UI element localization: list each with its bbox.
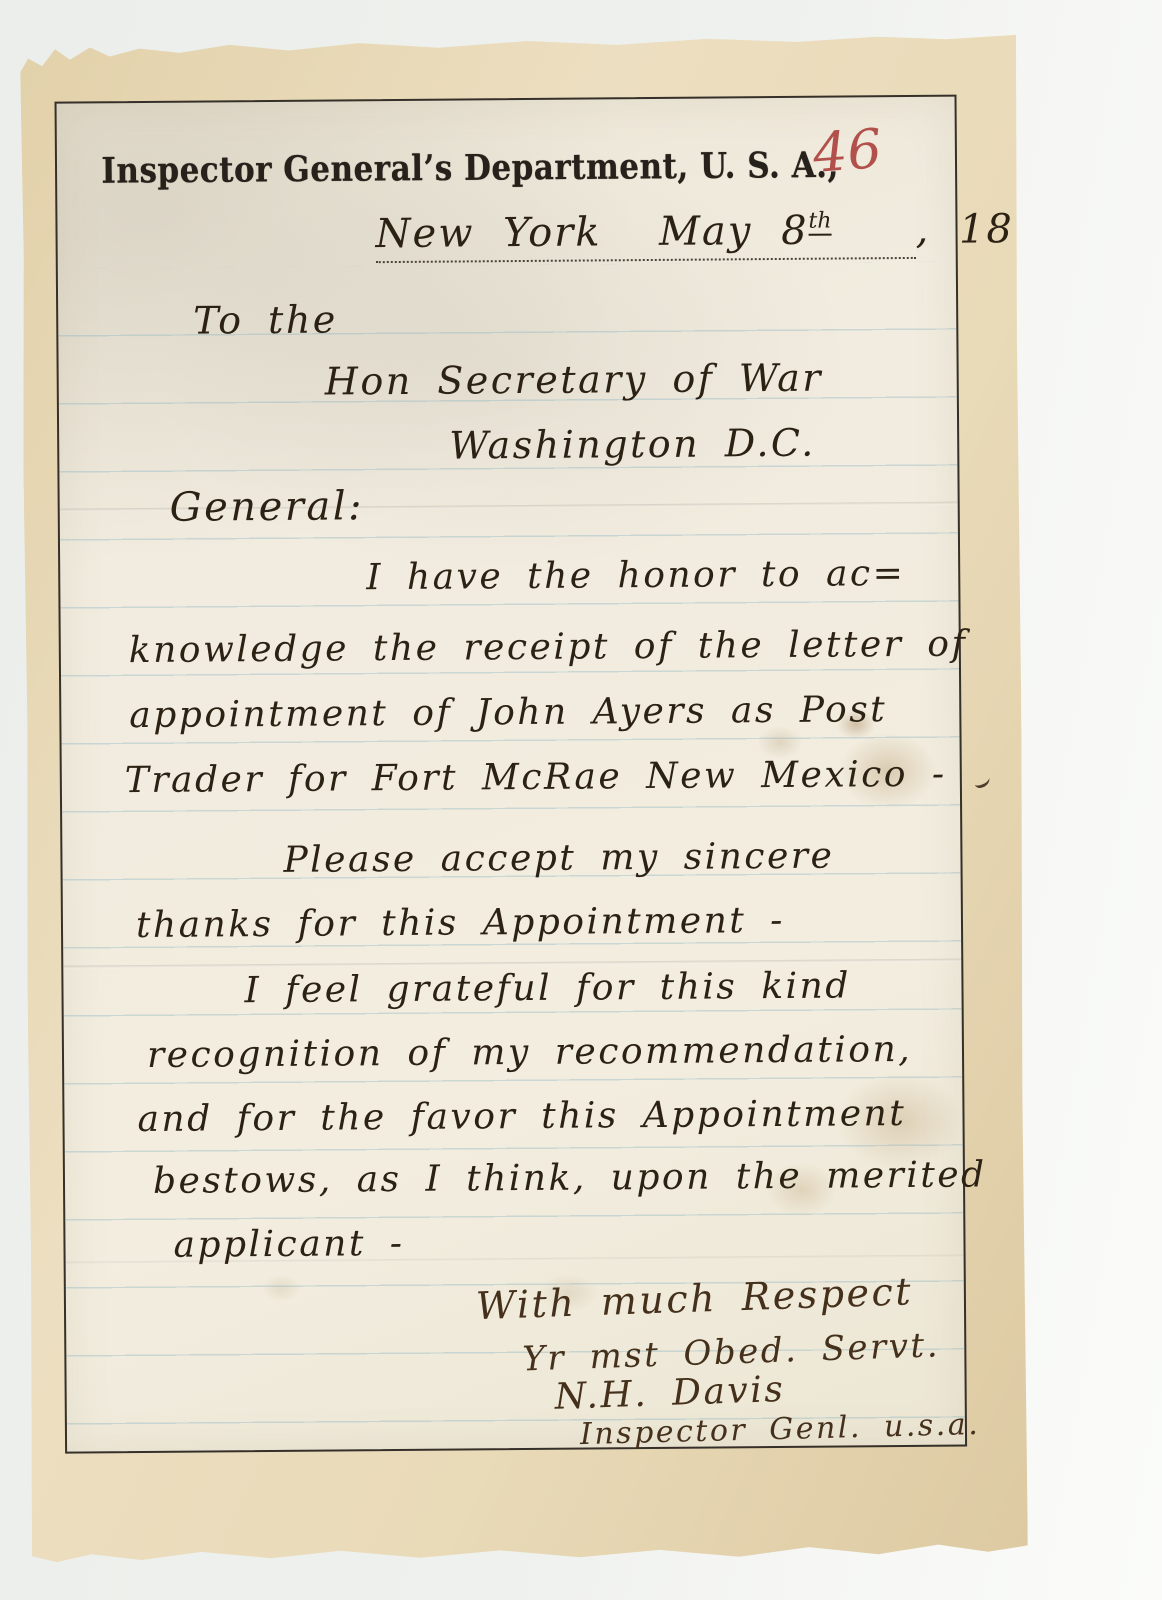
body-line: Trader for Fort McRae New Mexico - xyxy=(125,754,947,801)
body-line: Please accept my sincere xyxy=(283,836,834,881)
dateline-year: , 1874. xyxy=(915,206,1083,253)
body-line: applicant - xyxy=(173,1223,404,1266)
letter-sheet: Inspector General’s Department, U. S. A.… xyxy=(20,34,1028,1564)
address-line: Washington D.C. xyxy=(449,421,816,468)
letterhead-title: Inspector General’s Department, U. S. A.… xyxy=(57,145,883,193)
dateline-day-suffix: th xyxy=(808,209,831,236)
dateline: New York May 8th, 1874. xyxy=(375,206,1083,258)
body-line: bestows, as I think, upon the merited xyxy=(153,1154,987,1202)
page-number: 46 xyxy=(811,117,884,185)
scan-background: Inspector General’s Department, U. S. A.… xyxy=(0,0,1162,1600)
salutation: General: xyxy=(170,483,365,531)
address-line: To the xyxy=(193,297,338,342)
body-line: and for the favor this Appointment xyxy=(137,1093,906,1140)
margin-check-pen-mark xyxy=(972,772,991,789)
body-line: recognition of my recommendation, xyxy=(147,1029,912,1076)
dateline-month-day: May 8 xyxy=(659,208,809,255)
body-line: I have the honor to ac= xyxy=(366,553,905,598)
body-line: I feel grateful for this kind xyxy=(244,965,851,1011)
dateline-written: New York May 8th xyxy=(375,207,915,263)
closing-respect: With much Respect xyxy=(475,1269,913,1328)
printed-border-frame: Inspector General’s Department, U. S. A.… xyxy=(55,95,968,1454)
address-line: Hon Secretary of War xyxy=(325,356,824,404)
dateline-place: New York xyxy=(375,209,601,257)
body-line: knowledge the receipt of the letter of xyxy=(129,624,968,672)
body-line: thanks for this Appointment - xyxy=(136,900,785,946)
signature: N.H. Davis xyxy=(554,1369,786,1418)
body-line: appointment of John Ayers as Post xyxy=(129,689,887,736)
dateline-dotted-filler xyxy=(832,243,916,244)
